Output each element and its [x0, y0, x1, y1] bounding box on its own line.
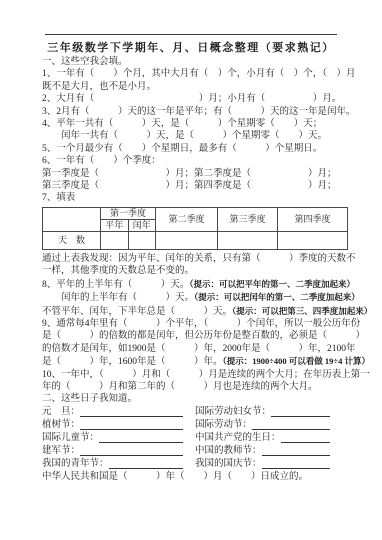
- prc-founding-line: 中华人民共和国是（ ）年（ ）月（ ）日成立的。: [42, 471, 356, 483]
- text-line: 3、2月有（ ）天的这一年是平年；有（ ）天的这一年是闰年。: [42, 106, 356, 118]
- text-line: 4、平年一共有（ ）天，是（ ）个星期零（ ）天；: [42, 118, 356, 130]
- hint-text: （提示：可以把第三、四季度加起来）: [232, 306, 372, 316]
- text-line: 2、大月有（ ）月；小月有（ ）月。: [42, 93, 356, 105]
- table-blank-cell: [128, 231, 156, 249]
- table-header-q2: 第二季度: [156, 207, 218, 231]
- line-text: 8、平年的上半年有（ ）天。: [42, 280, 189, 290]
- worksheet-content: 一、这些空我会填。 1、一年有（ ）个月，其中大月有（ ）个，小月有（ ）个，（…: [42, 56, 356, 483]
- table-blank-cell: [101, 231, 129, 249]
- table-data-row: 天 数: [43, 231, 348, 249]
- line-text: 通过上表我发现：因为平年、闰年的关系，只有第（ ）季度的天数不: [42, 254, 356, 264]
- text-line: 8、平年的上半年有（ ）天。（提示：可以把平年的第一、二季度加起来）: [42, 278, 356, 291]
- festival-label: 元 旦：: [42, 406, 80, 419]
- title-divider-rule: [45, 34, 337, 35]
- text-line: 第三季度是（ ）月；第四季度是（ ）月；: [42, 180, 356, 192]
- line-text: 9、通常每4年里有（ ）个平年，（ ）个闰年，所以一般公历年份: [42, 319, 360, 329]
- line-text: 是（ ）年，1600年是（ ）年。: [42, 357, 223, 367]
- answer-blank-line: [252, 419, 330, 430]
- text-line: 一样，其他季度的天数总是不变的。: [42, 265, 356, 277]
- text-line: 是（ ）年，1600年是（ ）年。（提示：1900÷400 可以看做 19÷4 …: [42, 355, 356, 368]
- hint-text: （提示：可以把闰年的第一、二季度加起来）: [194, 292, 360, 302]
- table-header-q3: 第三季度: [218, 207, 278, 231]
- line-text: 10、一年中，（ ）月和（ ）月是连续的两个大月；在年历表上第一: [42, 370, 370, 380]
- text-line: 通过上表我发现：因为平年、闰年的关系，只有第（ ）季度的天数不: [42, 253, 356, 265]
- line-text: 是（ ）的倍数的都是闰年，但公历年份是整百数的，必须是（ ）: [42, 331, 365, 341]
- festival-label: 建军节：: [42, 445, 80, 458]
- festival-row: 国际儿童节： 中国共产党的生日：: [42, 432, 356, 445]
- answer-blank-line: [262, 458, 330, 469]
- festival-label: 中国的教师节：: [195, 445, 262, 458]
- answer-blank-line: [80, 406, 183, 417]
- table-blank-cell: [218, 231, 278, 249]
- line-text: 年的（ ）月和第二年的（ ）月也是连续的两个大月。: [42, 382, 318, 392]
- table-header-q4: 第四季度: [278, 207, 348, 231]
- text-line: 年的（ ）月和第二年的（ ）月也是连续的两个大月。: [42, 381, 356, 393]
- festival-right: 国际劳动节：: [195, 419, 356, 432]
- table-blank-cell: [278, 231, 348, 249]
- answer-blank-line: [80, 445, 183, 456]
- worksheet-page: 三年级数学下学期年、月、日概念整理（要求熟记） 一、这些空我会填。 1、一年有（…: [0, 0, 382, 540]
- table-blank-cell: [156, 231, 218, 249]
- table-row-label-days: 天 数: [43, 231, 101, 249]
- festival-list: 元 旦： 国际劳动妇女节： 植树节： 国际劳动节：: [42, 406, 356, 471]
- answer-blank-line: [80, 419, 183, 430]
- festival-label: 国际劳动妇女节：: [195, 406, 271, 419]
- festival-label: 我国的青年节：: [42, 458, 109, 471]
- table-subheader-common-year: 平年: [101, 219, 129, 231]
- festival-right: 我国的国庆节：: [195, 458, 356, 471]
- text-line: 是（ ）的倍数的都是闰年，但公历年份是整百数的，必须是（ ）: [42, 330, 356, 342]
- festival-right: 中国的教师节：: [195, 445, 356, 458]
- quarters-days-table: 第一季度 第二季度 第三季度 第四季度 平年 闰年 天 数: [42, 207, 348, 250]
- festival-left: 元 旦：: [42, 406, 195, 419]
- answer-blank-line: [262, 445, 330, 456]
- section2-heading: 二、这些日子我知道。: [42, 393, 356, 405]
- table-header-row-1: 第一季度 第二季度 第三季度 第四季度: [43, 207, 348, 219]
- text-line: 6、一年有（ ）个季度：: [42, 155, 356, 167]
- festival-label: 国际劳动节：: [195, 419, 252, 432]
- festival-left: 我国的青年节：: [42, 458, 195, 471]
- festival-right: 中国共产党的生日：: [195, 432, 356, 445]
- answer-blank-line: [109, 458, 183, 469]
- text-line: 1、一年有（ ）个月，其中大月有（ ）个，小月有（ ）个，（ ）月: [42, 68, 356, 80]
- festival-left: 建军节：: [42, 445, 195, 458]
- festival-label: 植树节：: [42, 419, 80, 432]
- festival-left: 国际儿童节：: [42, 432, 195, 445]
- festival-row: 元 旦： 国际劳动妇女节：: [42, 406, 356, 419]
- hint-text: （提示：1900÷400 可以看做 19÷4 计算）: [223, 356, 370, 366]
- text-line: 9、通常每4年里有（ ）个平年，（ ）个闰年，所以一般公历年份: [42, 318, 356, 330]
- text-line: 5、一个月最少有（ ）个星期日，最多有（ ）个星期日。: [42, 143, 356, 155]
- line-text: 不管平年、闰年，下半年总是（ ）天。: [42, 307, 232, 317]
- festival-label: 国际儿童节：: [42, 432, 99, 445]
- answer-blank-line: [271, 406, 330, 417]
- text-line: 闰年一共有（ ）天，是（ ）个星期零（ ）天。: [42, 130, 356, 142]
- festival-right: 国际劳动妇女节：: [195, 406, 356, 419]
- festival-row: 植树节： 国际劳动节：: [42, 419, 356, 432]
- section1-heading: 一、这些空我会填。: [42, 56, 356, 68]
- festival-row: 我国的青年节： 我国的国庆节：: [42, 458, 356, 471]
- hint-text: （提示：可以把平年的第一、二季度加起来）: [189, 279, 355, 289]
- answer-blank-line: [99, 432, 183, 443]
- page-title: 三年级数学下学期年、月、日概念整理（要求熟记）: [0, 39, 382, 55]
- festival-label: 我国的国庆节：: [195, 458, 262, 471]
- line-text: 的倍数才是闰年，如1900是（ ）年，2000年是（ ）年，2100年: [42, 344, 356, 354]
- text-line: 不管平年、闰年，下半年总是（ ）天。（提示：可以把第三、四季度加起来）: [42, 305, 356, 318]
- festival-left: 植树节：: [42, 419, 195, 432]
- text-line: 第一季度是（ ）月；第二季度是（ ）月；: [42, 168, 356, 180]
- text-line: 10、一年中，（ ）月和（ ）月是连续的两个大月；在年历表上第一: [42, 369, 356, 381]
- line-text: 一样，其他季度的天数总是不变的。: [42, 266, 194, 276]
- text-line: 既不是大月，也不是小月。: [42, 81, 356, 93]
- text-line: 7、填表: [42, 192, 356, 204]
- text-line: 闰年的上半年有（ ）天。（提示：可以把闰年的第一、二季度加起来）: [42, 291, 356, 304]
- festival-row: 建军节： 中国的教师节：: [42, 445, 356, 458]
- festival-label: 中国共产党的生日：: [195, 432, 281, 445]
- table-header-q1: 第一季度: [101, 207, 156, 219]
- text-line: 的倍数才是闰年，如1900是（ ）年，2000年是（ ）年，2100年: [42, 343, 356, 355]
- table-corner-cell: [43, 207, 101, 231]
- answer-blank-line: [281, 432, 330, 443]
- line-text: 闰年的上半年有（ ）天。: [42, 293, 194, 303]
- table-subheader-leap-year: 闰年: [128, 219, 156, 231]
